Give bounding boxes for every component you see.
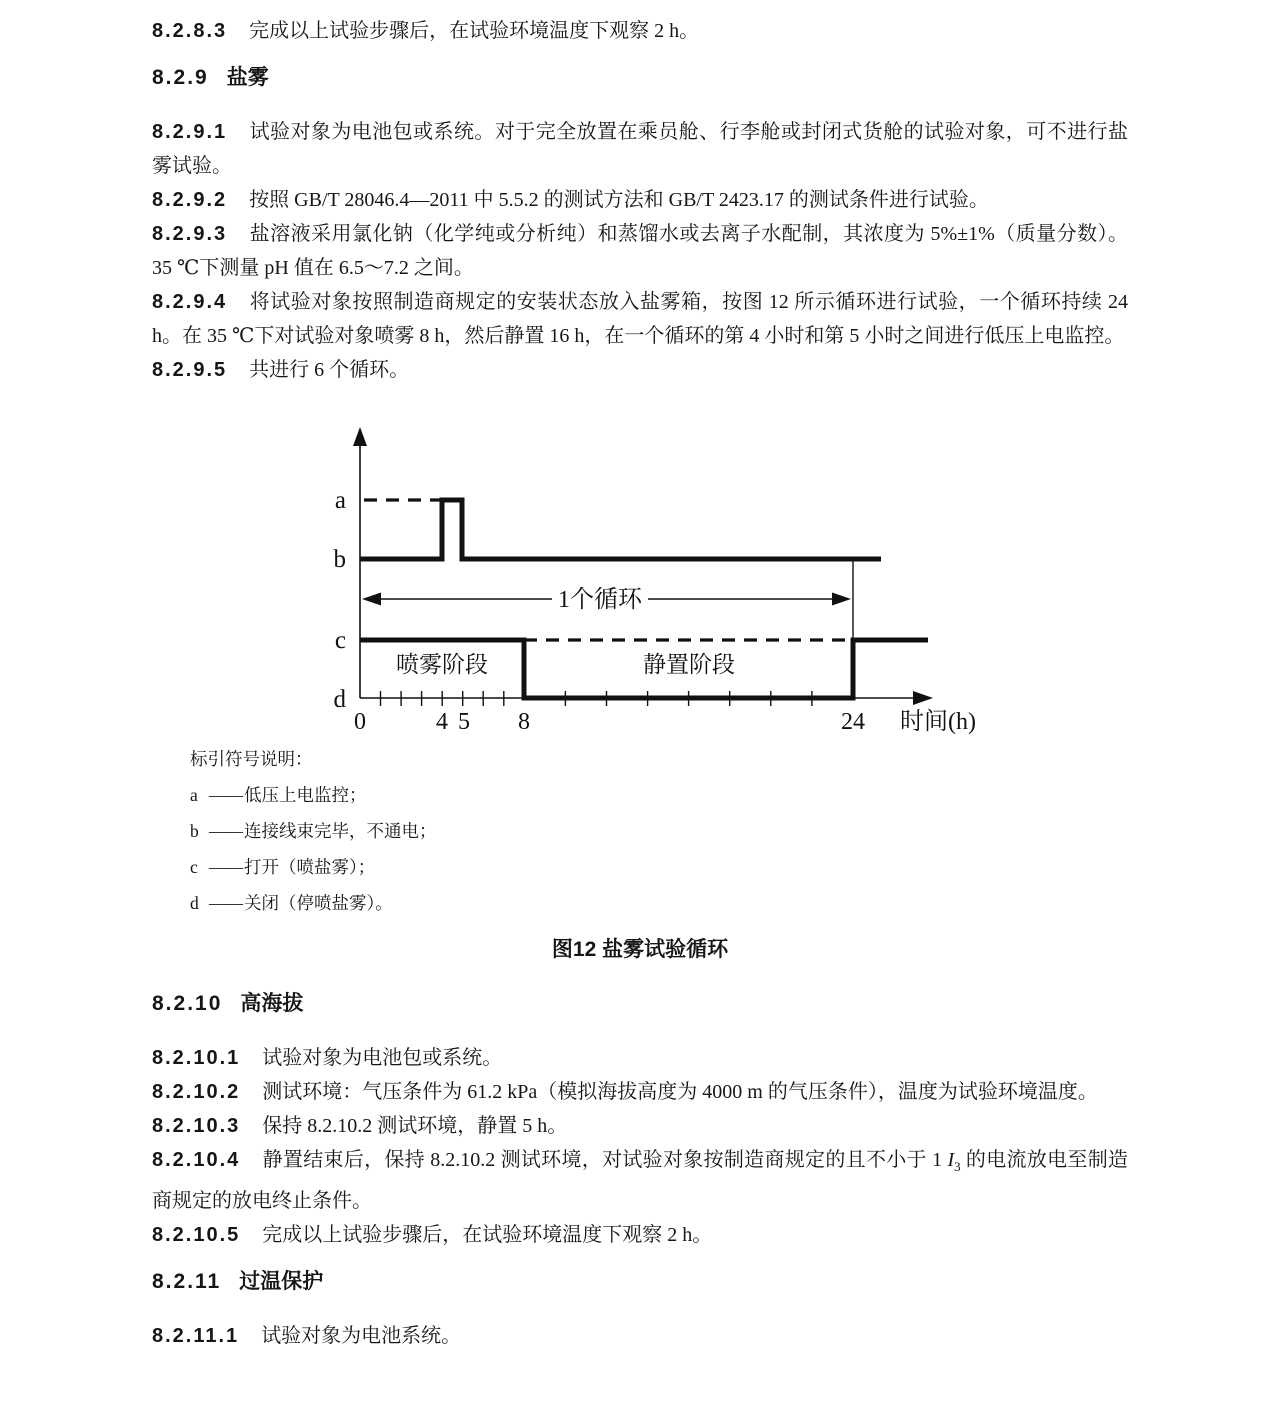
- level-label-d: d: [334, 686, 347, 713]
- clause-text: 将试验对象按照制造商规定的安装状态放入盐雾箱，按图 12 所示循环进行试验，一个…: [152, 291, 1128, 347]
- legend-symbol: a: [190, 777, 203, 813]
- legend-text: 低压上电监控；: [244, 785, 367, 805]
- document-page: 8.2.8.3完成以上试验步骤后，在试验环境温度下观察 2 h。 8.2.9盐雾…: [0, 0, 1280, 1413]
- level-label-c: c: [335, 627, 346, 654]
- clause-8-2-8-3: 8.2.8.3完成以上试验步骤后，在试验环境温度下观察 2 h。: [152, 14, 1128, 48]
- tick-8: 8: [518, 709, 530, 735]
- y-axis-arrow-icon: [353, 427, 367, 446]
- heading-title: 过温保护: [239, 1270, 323, 1293]
- tick-4: 4: [436, 709, 448, 735]
- tick-0: 0: [354, 709, 366, 735]
- x-axis-title: 时间(h): [900, 708, 976, 735]
- cycle-span-arrow: 1个循环: [362, 586, 851, 613]
- legend-dash: ——: [209, 893, 242, 913]
- figure-legend: 标引符号说明： a——低压上电监控； b——连接线束完毕，不通电； c——打开（…: [190, 741, 1128, 921]
- legend-symbol: d: [190, 885, 203, 921]
- monitor-waveform: [360, 500, 881, 559]
- clause-number: 8.2.11.1: [152, 1325, 239, 1347]
- clause-8-2-9-1: 8.2.9.1试验对象为电池包或系统。对于完全放置在乘员舱、行李舱或封闭式货舱的…: [152, 115, 1128, 183]
- legend-symbol: b: [190, 813, 203, 849]
- clause-text: 盐溶液采用氯化钠（化学纯或分析纯）和蒸馏水或去离子水配制，其浓度为 5%±1%（…: [152, 223, 1128, 279]
- legend-item-b: b——连接线束完毕，不通电；: [190, 813, 1128, 849]
- heading-8-2-10: 8.2.10高海拔: [152, 987, 1128, 1021]
- clause-8-2-10-4: 8.2.10.4静置结束后，保持 8.2.10.2 测试环境，对试验对象按制造商…: [152, 1143, 1128, 1218]
- heading-title: 高海拔: [240, 992, 303, 1015]
- legend-title: 标引符号说明：: [190, 741, 1128, 777]
- heading-title: 盐雾: [227, 66, 269, 89]
- clause-text: 按照 GB/T 28046.4—2011 中 5.5.2 的测试方法和 GB/T…: [249, 189, 989, 211]
- legend-symbol: c: [190, 849, 203, 885]
- heading-8-2-11: 8.2.11过温保护: [152, 1265, 1128, 1299]
- heading-number: 8.2.9: [152, 66, 209, 89]
- legend-dash: ——: [209, 821, 242, 841]
- cycle-label: 1个循环: [558, 586, 643, 613]
- rest-phase-label: 静置阶段: [643, 652, 735, 677]
- clause-8-2-9-4: 8.2.9.4将试验对象按照制造商规定的安装状态放入盐雾箱，按图 12 所示循环…: [152, 285, 1128, 353]
- legend-text: 打开（喷盐雾）；: [244, 857, 375, 877]
- clause-8-2-10-2: 8.2.10.2测试环境：气压条件为 61.2 kPa（模拟海拔高度为 4000…: [152, 1075, 1128, 1109]
- legend-item-d: d——关闭（停喷盐雾）。: [190, 885, 1128, 921]
- clause-8-2-10-3: 8.2.10.3保持 8.2.10.2 测试环境，静置 5 h。: [152, 1109, 1128, 1143]
- clause-number: 8.2.10.2: [152, 1081, 240, 1103]
- clause-8-2-9-5: 8.2.9.5共进行 6 个循环。: [152, 353, 1128, 387]
- level-label-a: a: [335, 487, 346, 514]
- heading-8-2-9: 8.2.9盐雾: [152, 61, 1128, 95]
- spray-phase-label: 喷雾阶段: [396, 652, 488, 677]
- clause-number: 8.2.10.1: [152, 1047, 240, 1069]
- arrow-left-icon: [362, 593, 381, 606]
- legend-text: 关闭（停喷盐雾）。: [244, 893, 393, 913]
- clause-text: 试验对象为电池包或系统。对于完全放置在乘员舱、行李舱或封闭式货舱的试验对象，可不…: [152, 121, 1128, 177]
- clause-8-2-11-1: 8.2.11.1试验对象为电池系统。: [152, 1319, 1128, 1353]
- arrow-right-icon: [832, 593, 851, 606]
- clause-8-2-10-1: 8.2.10.1试验对象为电池包或系统。: [152, 1041, 1128, 1075]
- x-axis-arrow-icon: [913, 691, 933, 705]
- legend-item-a: a——低压上电监控；: [190, 777, 1128, 813]
- clause-number: 8.2.9.4: [152, 291, 227, 313]
- clause-number: 8.2.10.3: [152, 1115, 240, 1137]
- clause-number: 8.2.9.5: [152, 359, 227, 381]
- clause-number: 8.2.9.2: [152, 189, 227, 211]
- legend-item-c: c——打开（喷盐雾）；: [190, 849, 1128, 885]
- legend-dash: ——: [209, 857, 242, 877]
- tick-24: 24: [841, 709, 865, 735]
- legend-dash: ——: [209, 785, 242, 805]
- clause-text: 保持 8.2.10.2 测试环境，静置 5 h。: [262, 1115, 567, 1137]
- tick-5: 5: [458, 709, 470, 735]
- clause-number: 8.2.9.1: [152, 121, 227, 143]
- level-label-b: b: [334, 546, 347, 573]
- salt-spray-cycle-figure: 1个循环 a b c d 喷雾阶段 静置阶段 0 4 5 8 24 时间(h): [300, 419, 1128, 739]
- clause-text: 试验对象为电池系统。: [261, 1325, 461, 1347]
- heading-number: 8.2.10: [152, 992, 222, 1015]
- clause-8-2-9-3: 8.2.9.3盐溶液采用氯化钠（化学纯或分析纯）和蒸馏水或去离子水配制，其浓度为…: [152, 217, 1128, 285]
- clause-text: 测试环境：气压条件为 61.2 kPa（模拟海拔高度为 4000 m 的气压条件…: [262, 1081, 1098, 1103]
- clause-number: 8.2.10.4: [152, 1149, 240, 1171]
- clause-text: 完成以上试验步骤后，在试验环境温度下观察 2 h。: [249, 20, 699, 42]
- timing-diagram: 1个循环 a b c d 喷雾阶段 静置阶段 0 4 5 8 24 时间(h): [300, 419, 1000, 739]
- legend-text: 连接线束完毕，不通电；: [244, 821, 437, 841]
- clause-text-pre: 静置结束后，保持 8.2.10.2 测试环境，对试验对象按制造商规定的且不小于 …: [262, 1149, 947, 1171]
- clause-8-2-10-5: 8.2.10.5完成以上试验步骤后，在试验环境温度下观察 2 h。: [152, 1218, 1128, 1252]
- heading-number: 8.2.11: [152, 1270, 221, 1293]
- clause-text: 完成以上试验步骤后，在试验环境温度下观察 2 h。: [262, 1224, 712, 1246]
- clause-number: 8.2.8.3: [152, 20, 227, 42]
- clause-text: 共进行 6 个循环。: [249, 359, 409, 381]
- clause-number: 8.2.10.5: [152, 1224, 240, 1246]
- figure-caption: 图12 盐雾试验循环: [152, 933, 1128, 967]
- clause-number: 8.2.9.3: [152, 223, 227, 245]
- clause-text: 试验对象为电池包或系统。: [262, 1047, 502, 1069]
- clause-8-2-9-2: 8.2.9.2按照 GB/T 28046.4—2011 中 5.5.2 的测试方…: [152, 183, 1128, 217]
